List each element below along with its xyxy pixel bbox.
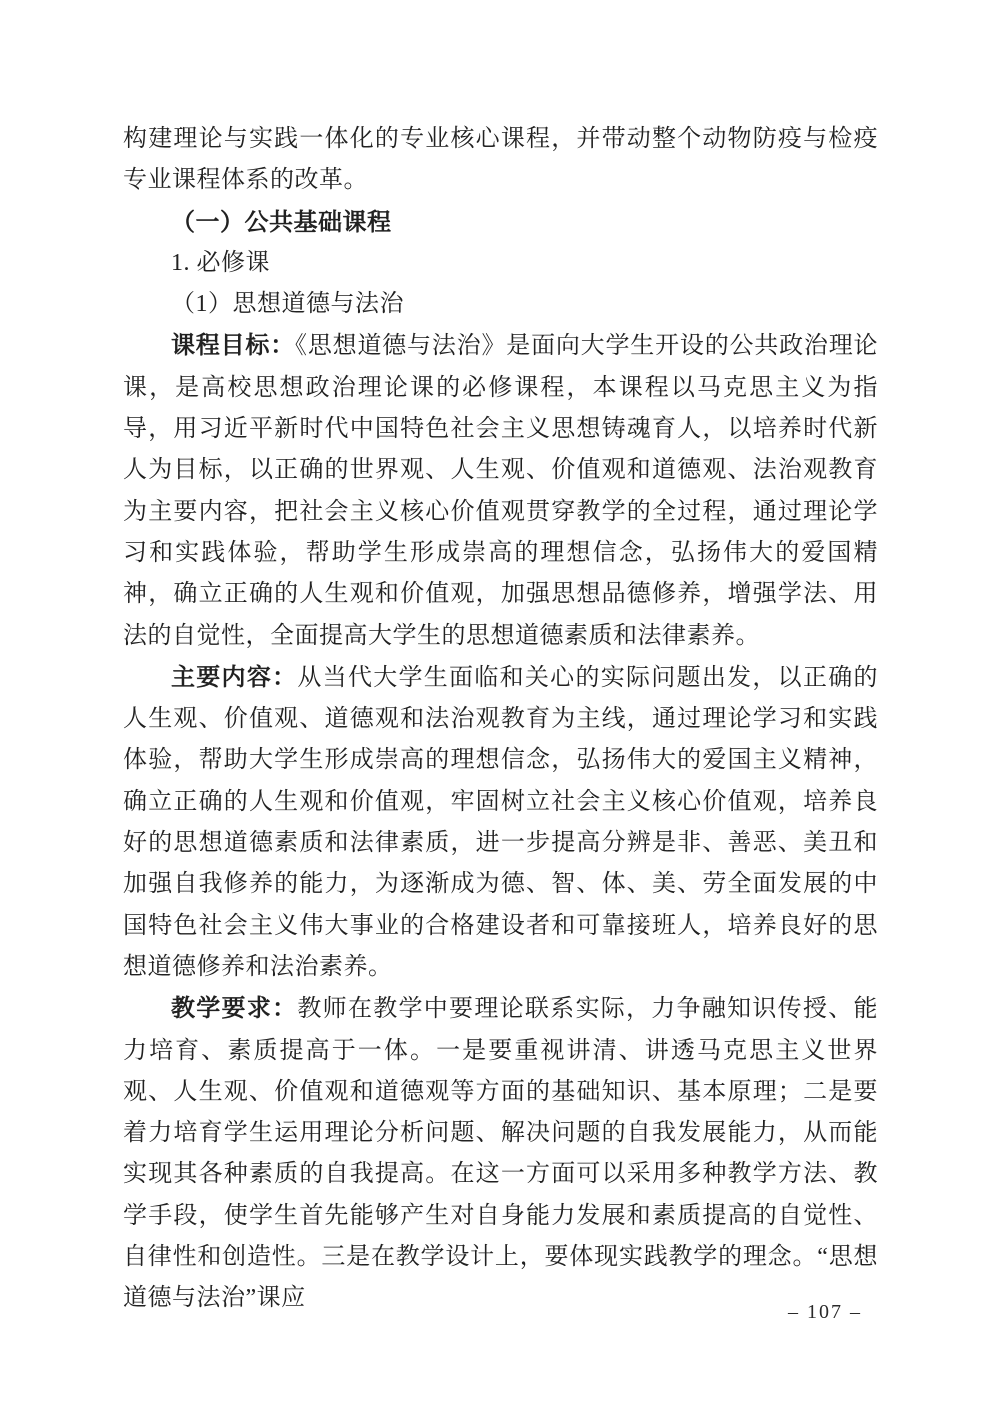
paragraph-main-content: 主要内容：从当代大学生面临和关心的实际问题出发，以正确的人生观、价值观、道德观和… xyxy=(123,657,878,988)
paragraph-course-goal: 课程目标：《思想道德与法治》是面向大学生开设的公共政治理论课，是高校思想政治理论… xyxy=(123,325,878,656)
main-content-label: 主要内容： xyxy=(171,664,297,691)
paragraph-continuation: 构建理论与实践一体化的专业核心课程，并带动整个动物防疫与检疫专业课程体系的改革。 xyxy=(123,119,878,202)
paragraph-teaching-requirements: 教学要求：教师在教学中要理论联系实际，力争融知识传授、能力培育、素质提高于一体。… xyxy=(123,988,878,1319)
list-item-required-courses: 1. 必修课 xyxy=(123,243,878,284)
course-goal-label: 课程目标： xyxy=(171,332,295,359)
teaching-requirements-text: 教师在教学中要理论联系实际，力争融知识传授、能力培育、素质提高于一体。一是要重视… xyxy=(123,996,878,1311)
page-number: – 107 – xyxy=(788,1298,862,1326)
document-page: 构建理论与实践一体化的专业核心课程，并带动整个动物防疫与检疫专业课程体系的改革。… xyxy=(0,0,1000,1414)
course-goal-text: 《思想道德与法治》是面向大学生开设的公共政治理论课，是高校思想政治理论课的必修课… xyxy=(123,333,878,648)
section-heading: （一）公共基础课程 xyxy=(123,202,878,243)
list-item-course-title: （1）思想道德与法治 xyxy=(123,284,878,325)
document-body: 构建理论与实践一体化的专业核心课程，并带动整个动物防疫与检疫专业课程体系的改革。… xyxy=(123,119,878,1320)
main-content-text: 从当代大学生面临和关心的实际问题出发，以正确的人生观、价值观、道德观和法治观教育… xyxy=(123,665,878,980)
teaching-requirements-label: 教学要求： xyxy=(171,995,297,1022)
